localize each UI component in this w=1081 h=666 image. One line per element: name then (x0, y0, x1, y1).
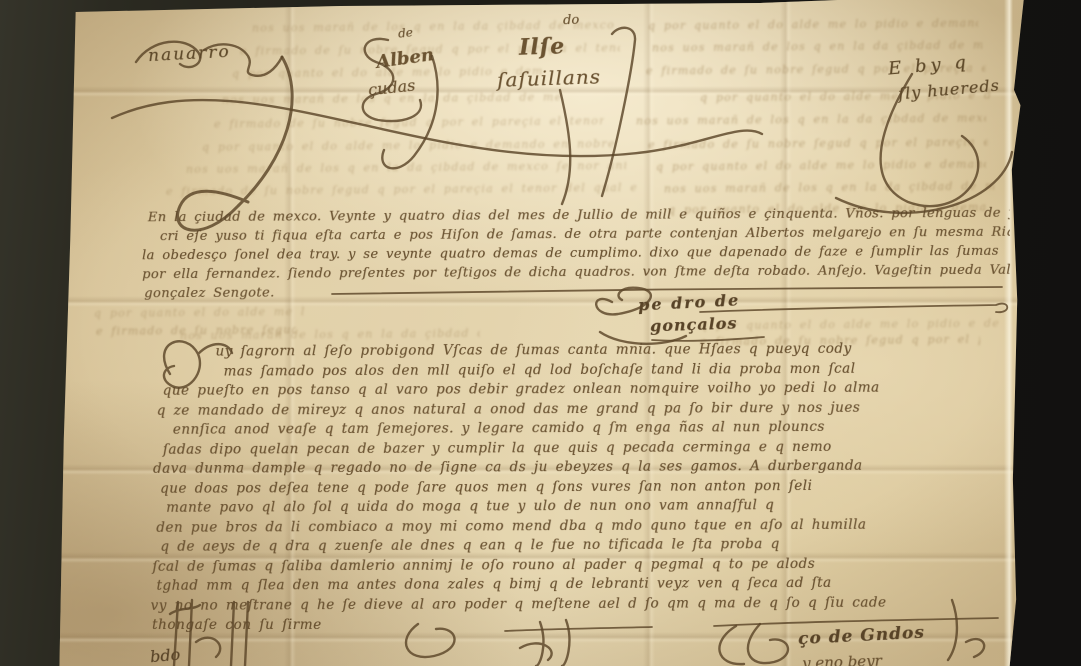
right-rubric-flourish (836, 74, 1012, 213)
manuscript-paper: nos uos marañ de los q en la da çibdad d… (0, 0, 1081, 666)
opening-paragraph-rule (332, 287, 1002, 294)
monogram-flourish (363, 39, 438, 168)
notary-rubric (596, 288, 686, 344)
bottom-right-rubric-tail (948, 600, 984, 660)
center-descender-stroke (560, 28, 635, 204)
calligraphy-overlay (0, 0, 1081, 666)
body-initial-flourish (164, 341, 232, 387)
closing-rubric (406, 620, 569, 666)
left-rubric-descender (178, 57, 293, 230)
left-rubric-scribble (136, 42, 282, 76)
bottom-right-rubric (719, 624, 788, 664)
bottom-left-monogram (170, 600, 248, 666)
manuscript-photograph: nos uos marañ de los q en la da çibdad d… (0, 0, 1081, 666)
closing-rule (505, 627, 652, 631)
notary-underline (652, 337, 764, 341)
notary-rule (700, 304, 1007, 313)
